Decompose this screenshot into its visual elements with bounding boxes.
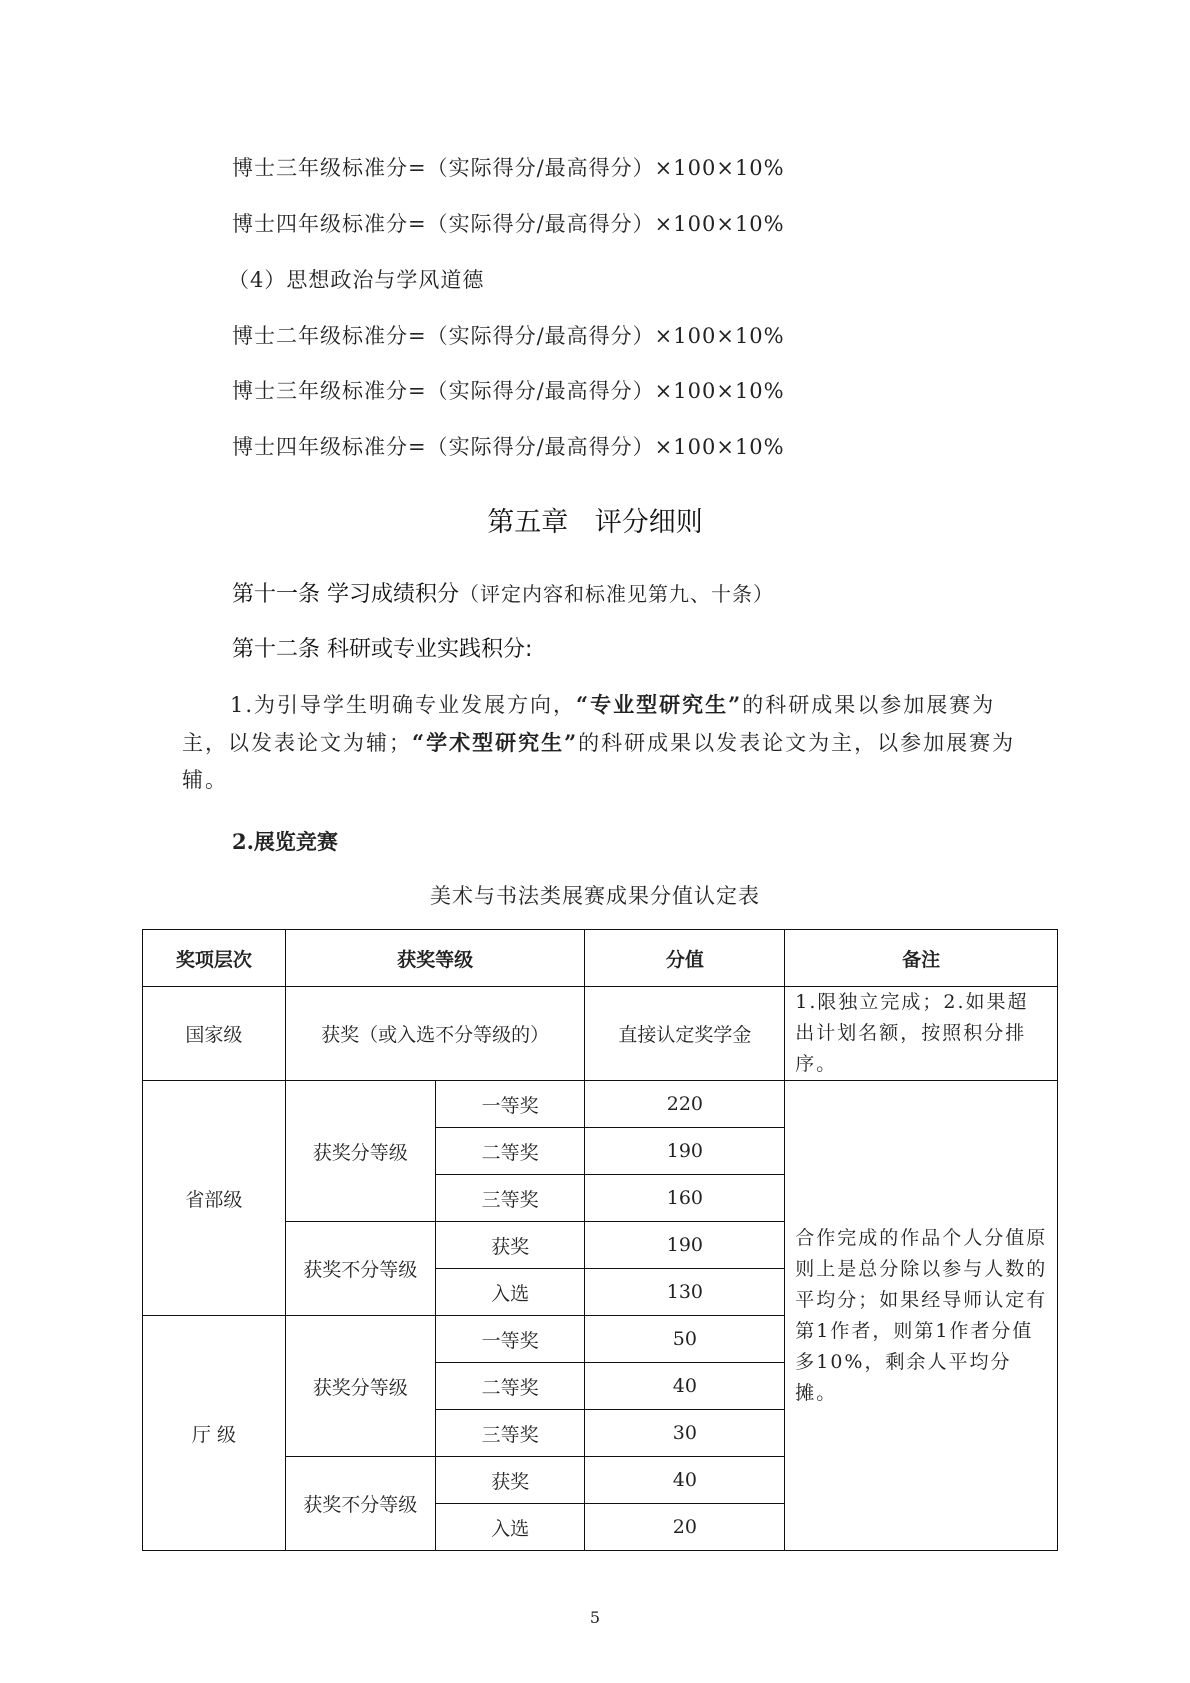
header-remark: 备注 <box>785 930 1058 987</box>
shared-remark-cell: 合作完成的作品个人分值原则上是总分除以参与人数的平均分；如果经导师认定有第1作者… <box>785 1081 1058 1551</box>
grade-group-cell: 获奖分等级 <box>285 1081 435 1222</box>
remark-cell: 1.限独立完成；2.如果超出计划名额，按照积分排序。 <box>785 987 1058 1081</box>
article-11-note: （评定内容和标准见第九、十条） <box>459 582 774 606</box>
score-cell: 220 <box>585 1081 785 1128</box>
grade-group-cell: 获奖不分等级 <box>285 1457 435 1551</box>
prize-cell: 二等奖 <box>435 1363 585 1410</box>
grade-group-cell: 获奖分等级 <box>285 1316 435 1457</box>
article-11-heading: 第十一条 学习成绩积分 <box>232 582 459 607</box>
paragraph-1: 1.为引导学生明确专业发展方向，“专业型研究生”的科研成果以参加展赛为主，以发表… <box>182 686 1022 799</box>
prize-cell: 一等奖 <box>435 1081 585 1128</box>
prize-cell: 入选 <box>435 1504 585 1551</box>
prize-cell: 三等奖 <box>435 1410 585 1457</box>
prize-cell: 一等奖 <box>435 1316 585 1363</box>
score-cell: 130 <box>585 1269 785 1316</box>
formula-line: 博士二年级标准分=（实际得分/最高得分）×100×10% <box>232 320 785 350</box>
section-heading: （4）思想政治与学风道德 <box>228 264 484 294</box>
prize-cell: 获奖 <box>435 1222 585 1269</box>
table-caption: 美术与书法类展赛成果分值认定表 <box>0 880 1190 910</box>
table-header-row: 奖项层次 获奖等级 分值 备注 <box>143 930 1058 987</box>
prize-cell: 二等奖 <box>435 1128 585 1175</box>
prize-cell: 获奖 <box>435 1457 585 1504</box>
formula-line: 博士四年级标准分=（实际得分/最高得分）×100×10% <box>232 208 785 238</box>
formula-line: 博士四年级标准分=（实际得分/最高得分）×100×10% <box>232 431 785 461</box>
formula-line: 博士三年级标准分=（实际得分/最高得分）×100×10% <box>232 152 785 182</box>
score-cell: 190 <box>585 1128 785 1175</box>
header-grade: 获奖等级 <box>285 930 585 987</box>
grade-group-cell: 获奖不分等级 <box>285 1222 435 1316</box>
para-bold: “专业型研究生” <box>576 692 742 717</box>
grade-cell: 获奖（或入选不分等级的） <box>285 987 585 1081</box>
formula-line: 博士三年级标准分=（实际得分/最高得分）×100×10% <box>232 375 785 405</box>
prize-cell: 三等奖 <box>435 1175 585 1222</box>
score-cell: 20 <box>585 1504 785 1551</box>
score-cell: 30 <box>585 1410 785 1457</box>
header-level: 奖项层次 <box>143 930 286 987</box>
award-score-table: 奖项层次 获奖等级 分值 备注 国家级 获奖（或入选不分等级的） 直接认定奖学金… <box>142 929 1058 1551</box>
chapter-title: 第五章 评分细则 <box>0 500 1190 539</box>
table-row: 省部级 获奖分等级 一等奖 220 合作完成的作品个人分值原则上是总分除以参与人… <box>143 1081 1058 1128</box>
table-row: 国家级 获奖（或入选不分等级的） 直接认定奖学金 1.限独立完成；2.如果超出计… <box>143 987 1058 1081</box>
score-cell: 190 <box>585 1222 785 1269</box>
score-cell: 40 <box>585 1363 785 1410</box>
level-cell: 省部级 <box>143 1081 286 1316</box>
level-cell: 国家级 <box>143 987 286 1081</box>
article-12-heading: 第十二条 科研或专业实践积分: <box>232 637 532 662</box>
score-cell: 50 <box>585 1316 785 1363</box>
prize-cell: 入选 <box>435 1269 585 1316</box>
para-text: 1.为引导学生明确专业发展方向， <box>230 693 576 717</box>
subheading: 2.展览竞赛 <box>232 826 338 856</box>
level-cell: 厅 级 <box>143 1316 286 1551</box>
score-cell: 直接认定奖学金 <box>585 987 785 1081</box>
score-cell: 40 <box>585 1457 785 1504</box>
page-number: 5 <box>0 1608 1190 1627</box>
article-11: 第十一条 学习成绩积分（评定内容和标准见第九、十条） <box>232 577 774 608</box>
header-score: 分值 <box>585 930 785 987</box>
para-bold: “学术型研究生” <box>412 730 578 755</box>
article-12: 第十二条 科研或专业实践积分: <box>232 632 532 663</box>
score-cell: 160 <box>585 1175 785 1222</box>
